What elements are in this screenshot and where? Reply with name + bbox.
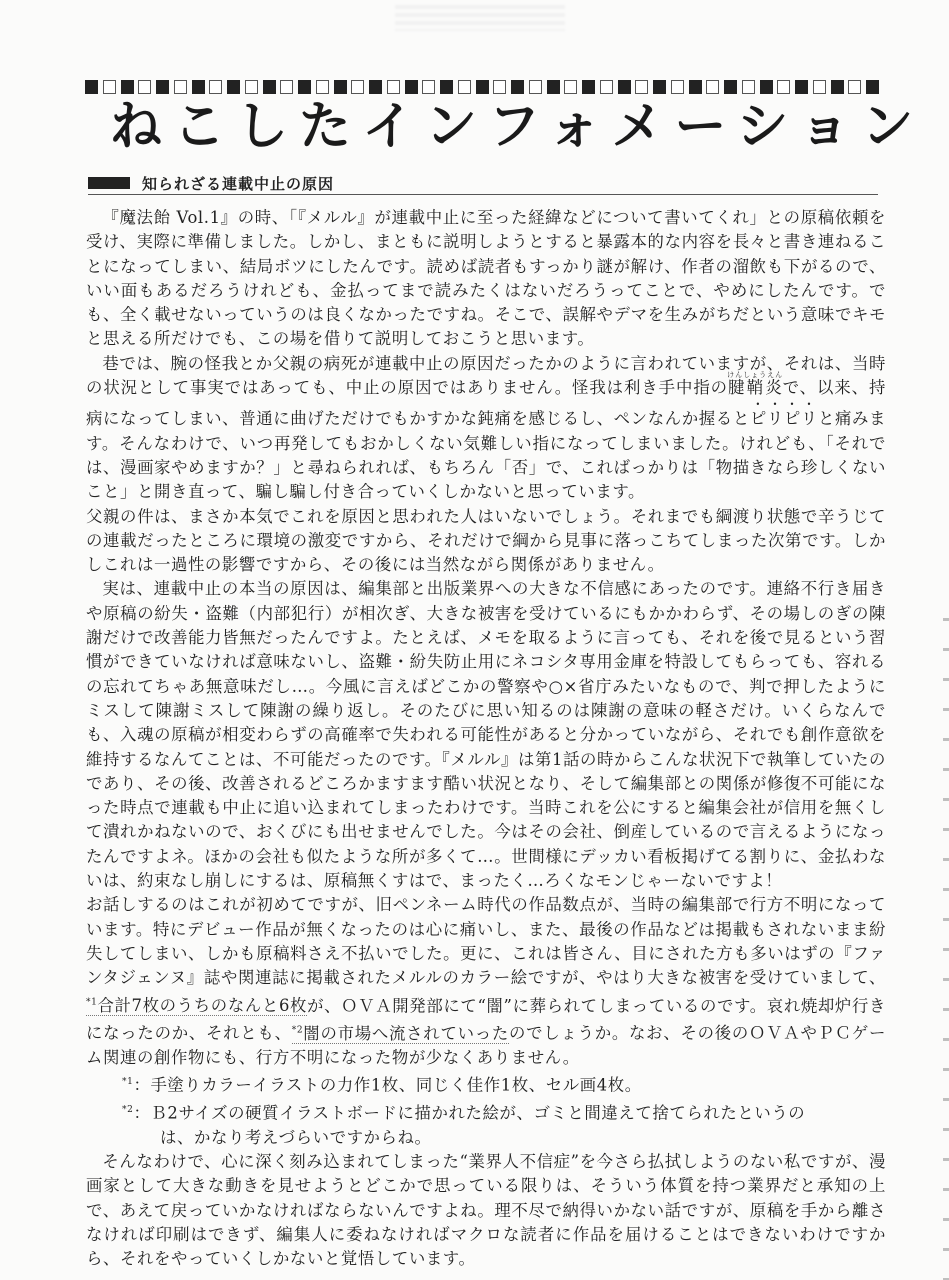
hollow-square-icon [316,80,329,94]
filled-square-icon [689,80,702,94]
footnote-ref-2[interactable]: *2闇の市場へ流されていった [292,1024,509,1044]
filled-square-icon [263,80,276,94]
paragraph: そんなわけで、心に深く刻み込まれてしまった“業界人不信症”を今さら払拭しようのな… [86,1150,886,1271]
article-body: 『魔法飴 Vol.1』の時、「『メルル』が連載中止に至った経緯などについて書いて… [86,206,886,1272]
paragraph: 父親の件は、まさか本気でこれを原因と思われた人はいないでしょう。それまでも綱渡り… [86,505,886,578]
hollow-square-icon [564,80,577,94]
show-through-text [395,5,565,31]
footnote-1: *1：手塗りカラーイラストの力作1枚、同じく佳作1枚、セル画4枚。 [86,1070,886,1098]
hollow-square-icon [493,80,506,94]
footnote-2: *2：Ｂ2サイズの硬質イラストボードに描かれた絵が、ゴミと間違えて捨てられたとい… [86,1098,886,1150]
filled-square-icon [476,80,489,94]
heading-bar-icon [88,177,130,189]
hollow-square-icon [138,80,151,94]
paragraph: 実は、連載中止の本当の原因は、編集部と出版業界への大きな不信感にあったのです。連… [86,577,886,893]
page-edge-marks [943,600,949,1280]
filled-square-icon [298,80,311,94]
filled-square-icon [724,80,737,94]
ruby-annotation: 腱鞘炎けんしょうえん [728,378,782,397]
hollow-square-icon [209,80,222,94]
emphasis-dots-text: ピリピリ [750,409,818,428]
filled-square-icon [156,80,169,94]
page-title: ねこしたインフォメーション [110,96,870,158]
filled-square-icon [85,80,98,94]
filled-square-icon [547,80,560,94]
filled-square-icon [192,80,205,94]
filled-square-icon [227,80,240,94]
hollow-square-icon [280,80,293,94]
hollow-square-icon [813,80,826,94]
filled-square-icon [760,80,773,94]
footnote-ref-1[interactable]: *1合計7枚のうちのなんと6枚 [86,996,307,1016]
hollow-square-icon [529,80,542,94]
hollow-square-icon [103,80,116,94]
hollow-square-icon [245,80,258,94]
filled-square-icon [440,80,453,94]
hollow-square-icon [777,80,790,94]
hollow-square-icon [742,80,755,94]
filled-square-icon [511,80,524,94]
paragraph: 巷では、腕の怪我とか父親の病死が連載中止の原因だったかのように言われていますが、… [86,352,886,505]
hollow-square-icon [174,80,187,94]
hollow-square-icon [387,80,400,94]
filled-square-icon [405,80,418,94]
filled-square-icon [866,80,879,94]
filled-square-icon [831,80,844,94]
filled-square-icon [369,80,382,94]
hollow-square-icon [351,80,364,94]
section-heading-text: 知られざる連載中止の原因 [142,173,334,194]
hollow-square-icon [422,80,435,94]
hollow-square-icon [848,80,861,94]
filled-square-icon [795,80,808,94]
hollow-square-icon [600,80,613,94]
section-heading: 知られざる連載中止の原因 [88,172,878,195]
hollow-square-icon [671,80,684,94]
paragraph: お話しするのはこれが初めてですが、旧ペンネーム時代の作品数点が、当時の編集部で行… [86,893,886,1070]
filled-square-icon [334,80,347,94]
filled-square-icon [618,80,631,94]
paragraph: 『魔法飴 Vol.1』の時、「『メルル』が連載中止に至った経緯などについて書いて… [86,206,886,352]
filled-square-icon [653,80,666,94]
hollow-square-icon [458,80,471,94]
hollow-square-icon [706,80,719,94]
decorative-square-border [85,80,879,96]
paragraph-text: お話しするのはこれが初めてですが、旧ペンネーム時代の作品数点が、当時の編集部で行… [86,895,886,987]
hollow-square-icon [635,80,648,94]
filled-square-icon [121,80,134,94]
filled-square-icon [582,80,595,94]
